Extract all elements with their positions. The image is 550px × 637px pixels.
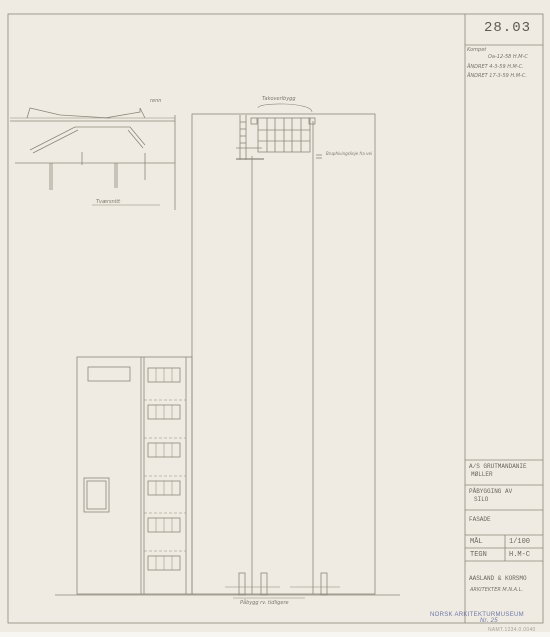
drawn-value: H.M-C — [509, 551, 530, 559]
museum-number: Nr. 25 — [480, 618, 498, 624]
client-name-1: A/S GRUTMANDANIE — [469, 463, 527, 470]
drawn-label: TEGN — [470, 551, 487, 559]
client-name-2: MØLLER — [471, 471, 493, 478]
catalog-number: NAMT.1234.0.0040 — [488, 627, 536, 633]
firm-subtitle: ARKITEKTER M.N.A.L. — [470, 587, 523, 593]
project-name-2: SILO — [474, 496, 488, 503]
scale-value: 1/100 — [509, 538, 530, 546]
firm-name: AASLAND & KORSMO — [469, 575, 527, 582]
window-bands — [148, 368, 180, 570]
project-name-1: PÅBYGGING AV — [469, 488, 512, 495]
sheet-number: 28.03 — [484, 20, 531, 36]
top-structure-label: Takoverlbygg — [262, 96, 296, 102]
revision-1: ÅNDRET 4-3-59 H.M-C. — [467, 64, 524, 70]
scale-label: MÅL — [470, 538, 483, 546]
drawing-type: FASADE — [469, 516, 491, 523]
revision-2: ÅNDRET 17-3-59 H.M-C. — [467, 73, 527, 79]
roof-note: renn — [150, 98, 161, 104]
museum-stamp: NORSK ARKITEKTURMUSEUM — [430, 612, 524, 618]
revision-header: Kompet — [467, 47, 486, 53]
roof-caption: Tværsnitt — [96, 199, 120, 205]
revision-date: Oa-12-58 H.M-C — [488, 54, 528, 60]
sheet-frame — [8, 14, 543, 623]
bottom-note: Påbygg rv. tidligere — [240, 600, 289, 606]
side-note: Bruphivingslinje fra vei — [326, 151, 372, 156]
